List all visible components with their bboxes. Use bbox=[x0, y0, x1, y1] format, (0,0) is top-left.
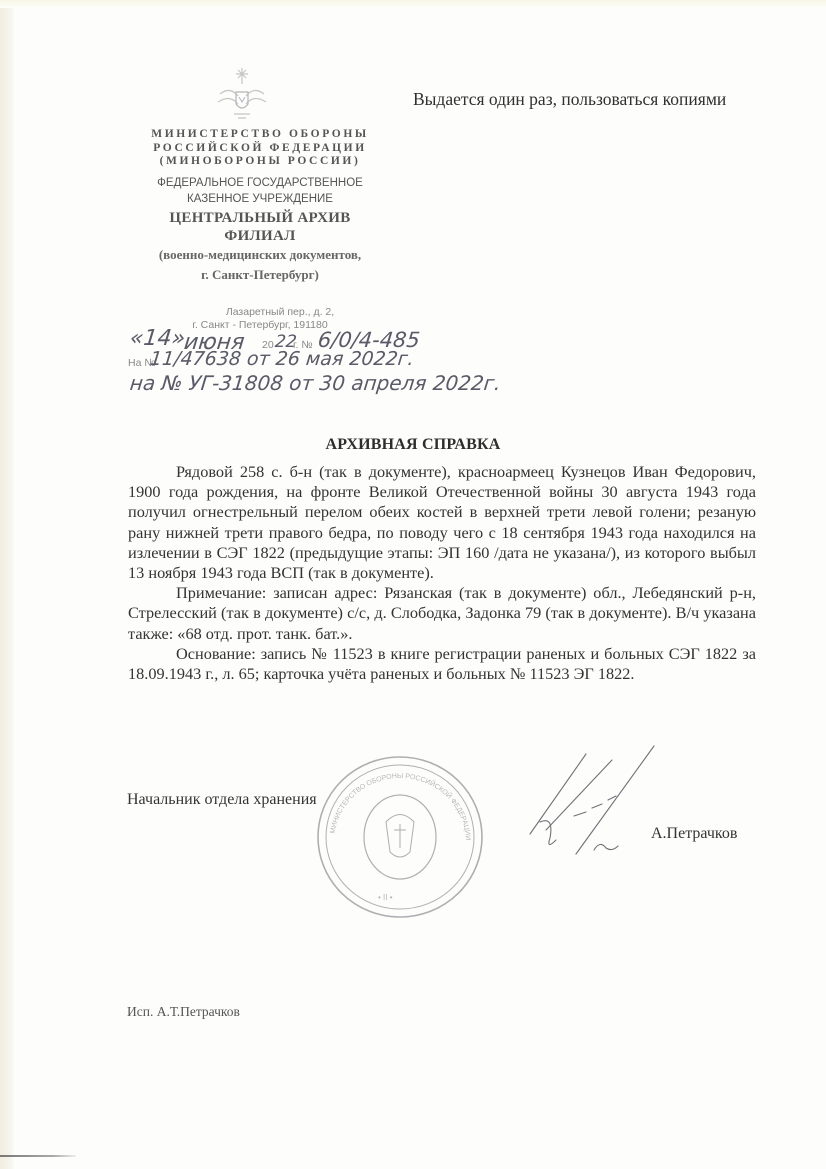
ministry-line: МИНИСТЕРСТВО ОБОРОНЫ bbox=[120, 128, 400, 142]
archive-line: ФИЛИАЛ bbox=[120, 227, 400, 245]
main-paragraph: Рядовой 258 с. б-н (так в документе), кр… bbox=[128, 462, 756, 583]
svg-text:• II •: • II • bbox=[378, 893, 393, 902]
reference-number: 11/47638 от 26 мая 2022г. bbox=[149, 348, 415, 370]
archive-name: ЦЕНТРАЛЬНЫЙ АРХИВ ФИЛИАЛ bbox=[120, 209, 400, 245]
scan-bottom-artifact bbox=[0, 1155, 76, 1157]
official-round-seal-icon: МИНИСТЕРСТВО ОБОРОНЫ РОССИЙСКОЙ ФЕДЕРАЦИ… bbox=[314, 752, 486, 922]
archive-line: ЦЕНТРАЛЬНЫЙ АРХИВ bbox=[120, 209, 400, 227]
document-body: Рядовой 258 с. б-н (так в документе), кр… bbox=[128, 462, 756, 684]
russian-mod-emblem-icon bbox=[212, 64, 272, 124]
address-line: Лазаретный пер., д. 2, bbox=[120, 306, 400, 319]
ministry-name: МИНИСТЕРСТВО ОБОРОНЫ РОССИЙСКОЙ ФЕДЕРАЦИ… bbox=[120, 128, 400, 169]
signatory-name: А.Петрачков bbox=[651, 825, 737, 843]
ministry-line: РОССИЙСКОЙ ФЕДЕРАЦИИ bbox=[120, 142, 400, 156]
note-paragraph: Примечание: записан адрес: Рязанская (та… bbox=[128, 583, 756, 644]
basis-paragraph: Основание: запись № 11523 в книге регист… bbox=[128, 644, 756, 684]
branch-line: (военно-медицинских документов, bbox=[120, 245, 400, 265]
ministry-line: (МИНОБОРОНЫ РОССИИ) bbox=[120, 155, 400, 169]
institution-line: КАЗЕННОЕ УЧРЕЖДЕНИЕ bbox=[120, 191, 400, 207]
handwritten-signature-icon bbox=[516, 742, 656, 862]
scan-left-edge bbox=[0, 0, 14, 1169]
branch-line: г. Санкт-Петербург) bbox=[120, 265, 400, 285]
institution-line: ФЕДЕРАЛЬНОЕ ГОСУДАРСТВЕННОЕ bbox=[120, 175, 400, 191]
document-title: АРХИВНАЯ СПРАВКА bbox=[0, 436, 826, 454]
signatory-role: Начальник отдела хранения bbox=[127, 791, 317, 809]
single-issue-notice: Выдается один раз, пользоваться копиями bbox=[413, 89, 726, 110]
executor-line: Исп. А.Т.Петрачков bbox=[127, 1004, 240, 1020]
reference-number-2: на № УГ-31808 от 30 апреля 2022г. bbox=[129, 371, 502, 395]
institution-type: ФЕДЕРАЛЬНОЕ ГОСУДАРСТВЕННОЕ КАЗЕННОЕ УЧР… bbox=[120, 175, 400, 207]
letterhead: МИНИСТЕРСТВО ОБОРОНЫ РОССИЙСКОЙ ФЕДЕРАЦИ… bbox=[120, 128, 400, 285]
branch-name: (военно-медицинских документов, г. Санкт… bbox=[120, 245, 400, 285]
scan-top-edge bbox=[0, 0, 826, 8]
